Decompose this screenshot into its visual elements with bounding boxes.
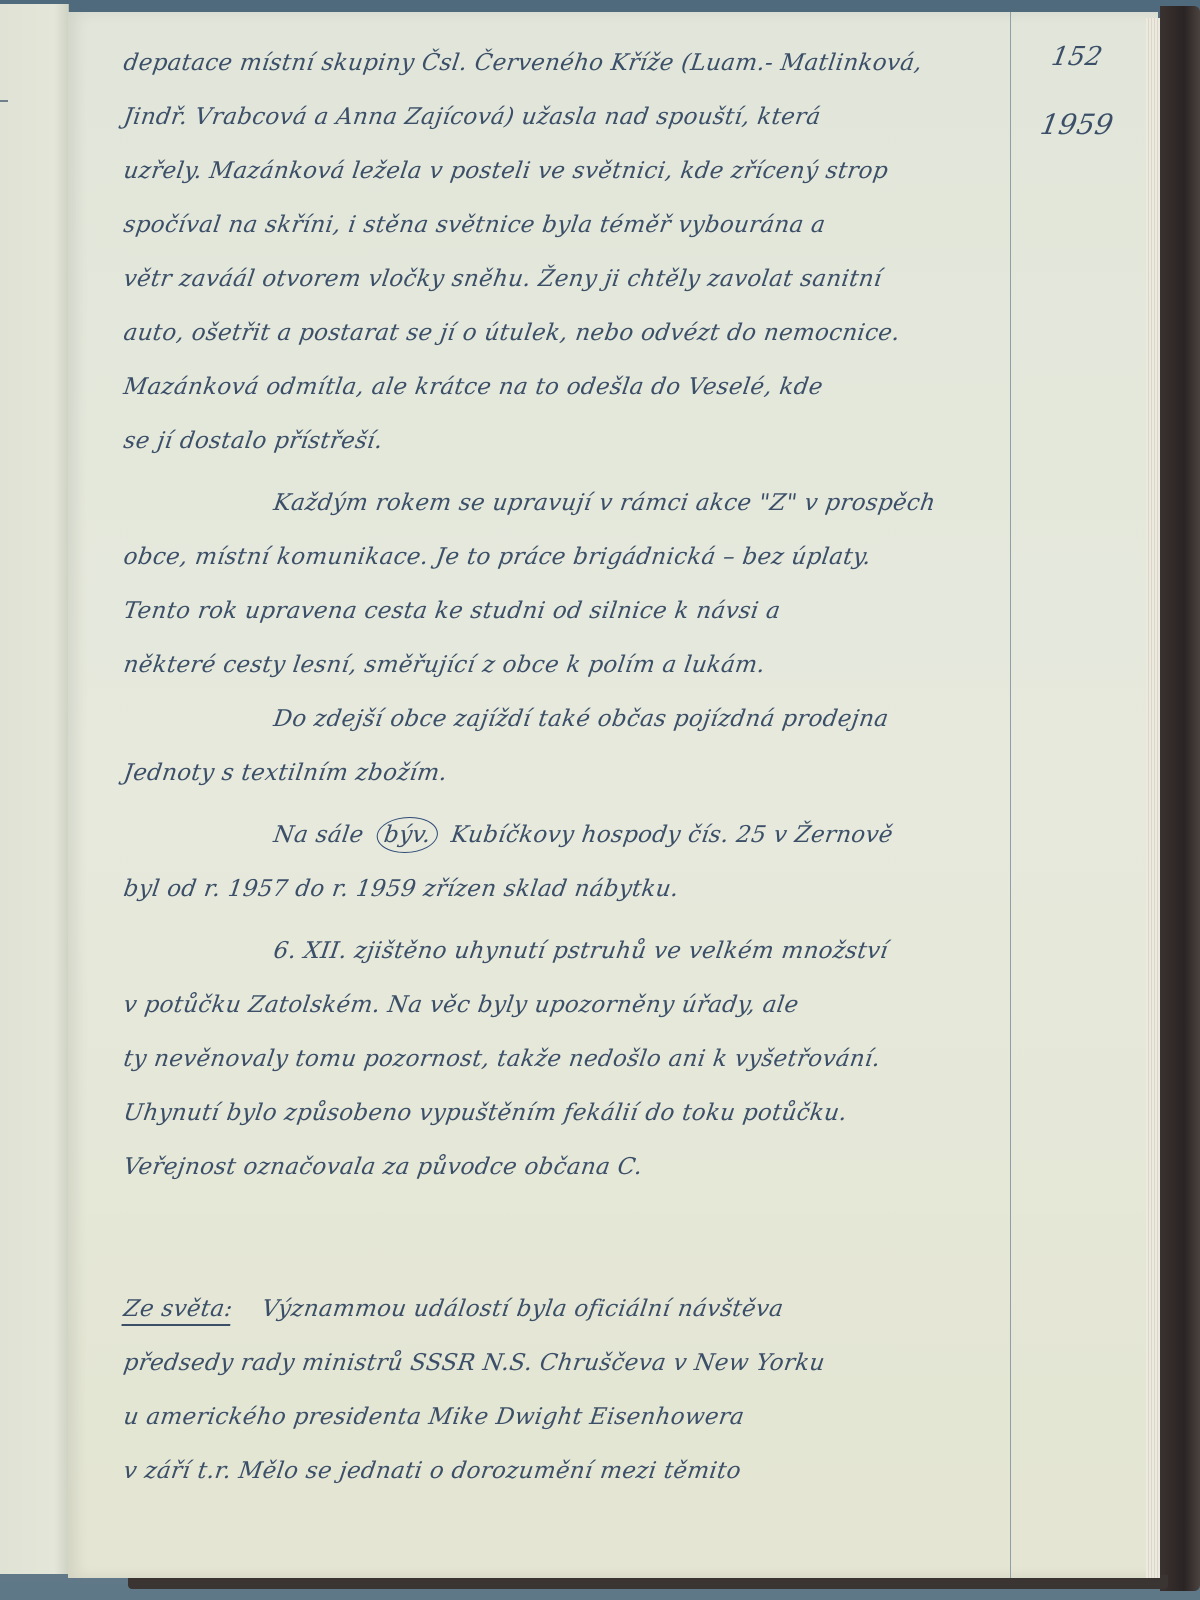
text-line: depatace místní skupiny Čsl. Červeného K… — [120, 36, 1018, 90]
text-line: Mazánková odmítla, ale krátce na to odeš… — [120, 360, 1018, 414]
text-line: Veřejnost označovala za původce občana C… — [120, 1140, 1018, 1194]
text-line: u amerického presidenta Mike Dwight Eise… — [120, 1390, 1018, 1444]
text-segment: Význammou událostí byla oficiální návště… — [260, 1296, 785, 1322]
section-heading: Ze světa: — [122, 1296, 234, 1322]
text-line: větr zaváál otvorem vločky sněhu. Ženy j… — [120, 252, 1018, 306]
text-line: v potůčku Zatolském. Na věc byly upozorn… — [120, 978, 1018, 1032]
text-line: uzřely. Mazánková ležela v posteli ve sv… — [120, 144, 1018, 198]
text-line: Jindř. Vrabcová a Anna Zajícová) užasla … — [120, 90, 1018, 144]
text-line: některé cesty lesní, směřující z obce k … — [120, 638, 1018, 692]
year-label: 1959 — [1009, 108, 1145, 141]
margin-column: 152 1959 — [1012, 30, 1142, 141]
text-line: se jí dostalo přístřeší. — [120, 414, 1018, 468]
text-line: ty nevěnovaly tomu pozornost, takže nedo… — [120, 1032, 1018, 1086]
section-gap — [120, 1194, 1010, 1282]
text-line: auto, ošetřit a postarat se jí o útulek,… — [120, 306, 1018, 360]
text-line: Jednoty s textilním zbožím. — [120, 746, 1018, 800]
text-line: Uhynutí bylo způsobeno vypuštěním fekáli… — [120, 1086, 1018, 1140]
paragraph-start-line: Každým rokem se upravují v rámci akce "Z… — [120, 476, 1018, 530]
left-page — [0, 4, 69, 1574]
text-segment: Na sále — [272, 822, 365, 848]
text-segment: Kubíčkovy hospody čís. 25 v Žernově — [449, 822, 894, 848]
text-line: předsedy rady ministrů SSSR N.S. Chrušče… — [120, 1336, 1018, 1390]
text-line: byl od r. 1957 do r. 1959 zřízen sklad n… — [120, 862, 1018, 916]
text-line: v září t.r. Mělo se jednati o dorozumění… — [120, 1444, 1018, 1498]
paragraph-start-line: Na sále býv. Kubíčkovy hospody čís. 25 v… — [120, 808, 1018, 862]
page-number: 152 — [1009, 42, 1144, 72]
paragraph-start-line: 6. XII. zjištěno uhynutí pstruhů ve velk… — [120, 924, 1018, 978]
circled-correction: býv. — [375, 817, 441, 853]
text-line: spočíval na skříni, i stěna světnice byl… — [120, 198, 1018, 252]
page-edges — [1146, 18, 1160, 1578]
photo-scene: 152 1959 depatace místní skupiny Čsl. Če… — [0, 0, 1200, 1600]
text-line: obce, místní komunikace. Je to práce bri… — [120, 530, 1018, 584]
section-heading-line: Ze světa: Význammou událostí byla oficiá… — [120, 1282, 1018, 1336]
paragraph-start-line: Do zdejší obce zajíždí také občas pojízd… — [120, 692, 1018, 746]
left-page-mark — [0, 100, 8, 102]
text-line: Tento rok upravena cesta ke studni od si… — [120, 584, 1018, 638]
book-cover-edge — [1160, 6, 1200, 1591]
chronicle-text: depatace místní skupiny Čsl. Červeného K… — [120, 36, 1010, 1498]
